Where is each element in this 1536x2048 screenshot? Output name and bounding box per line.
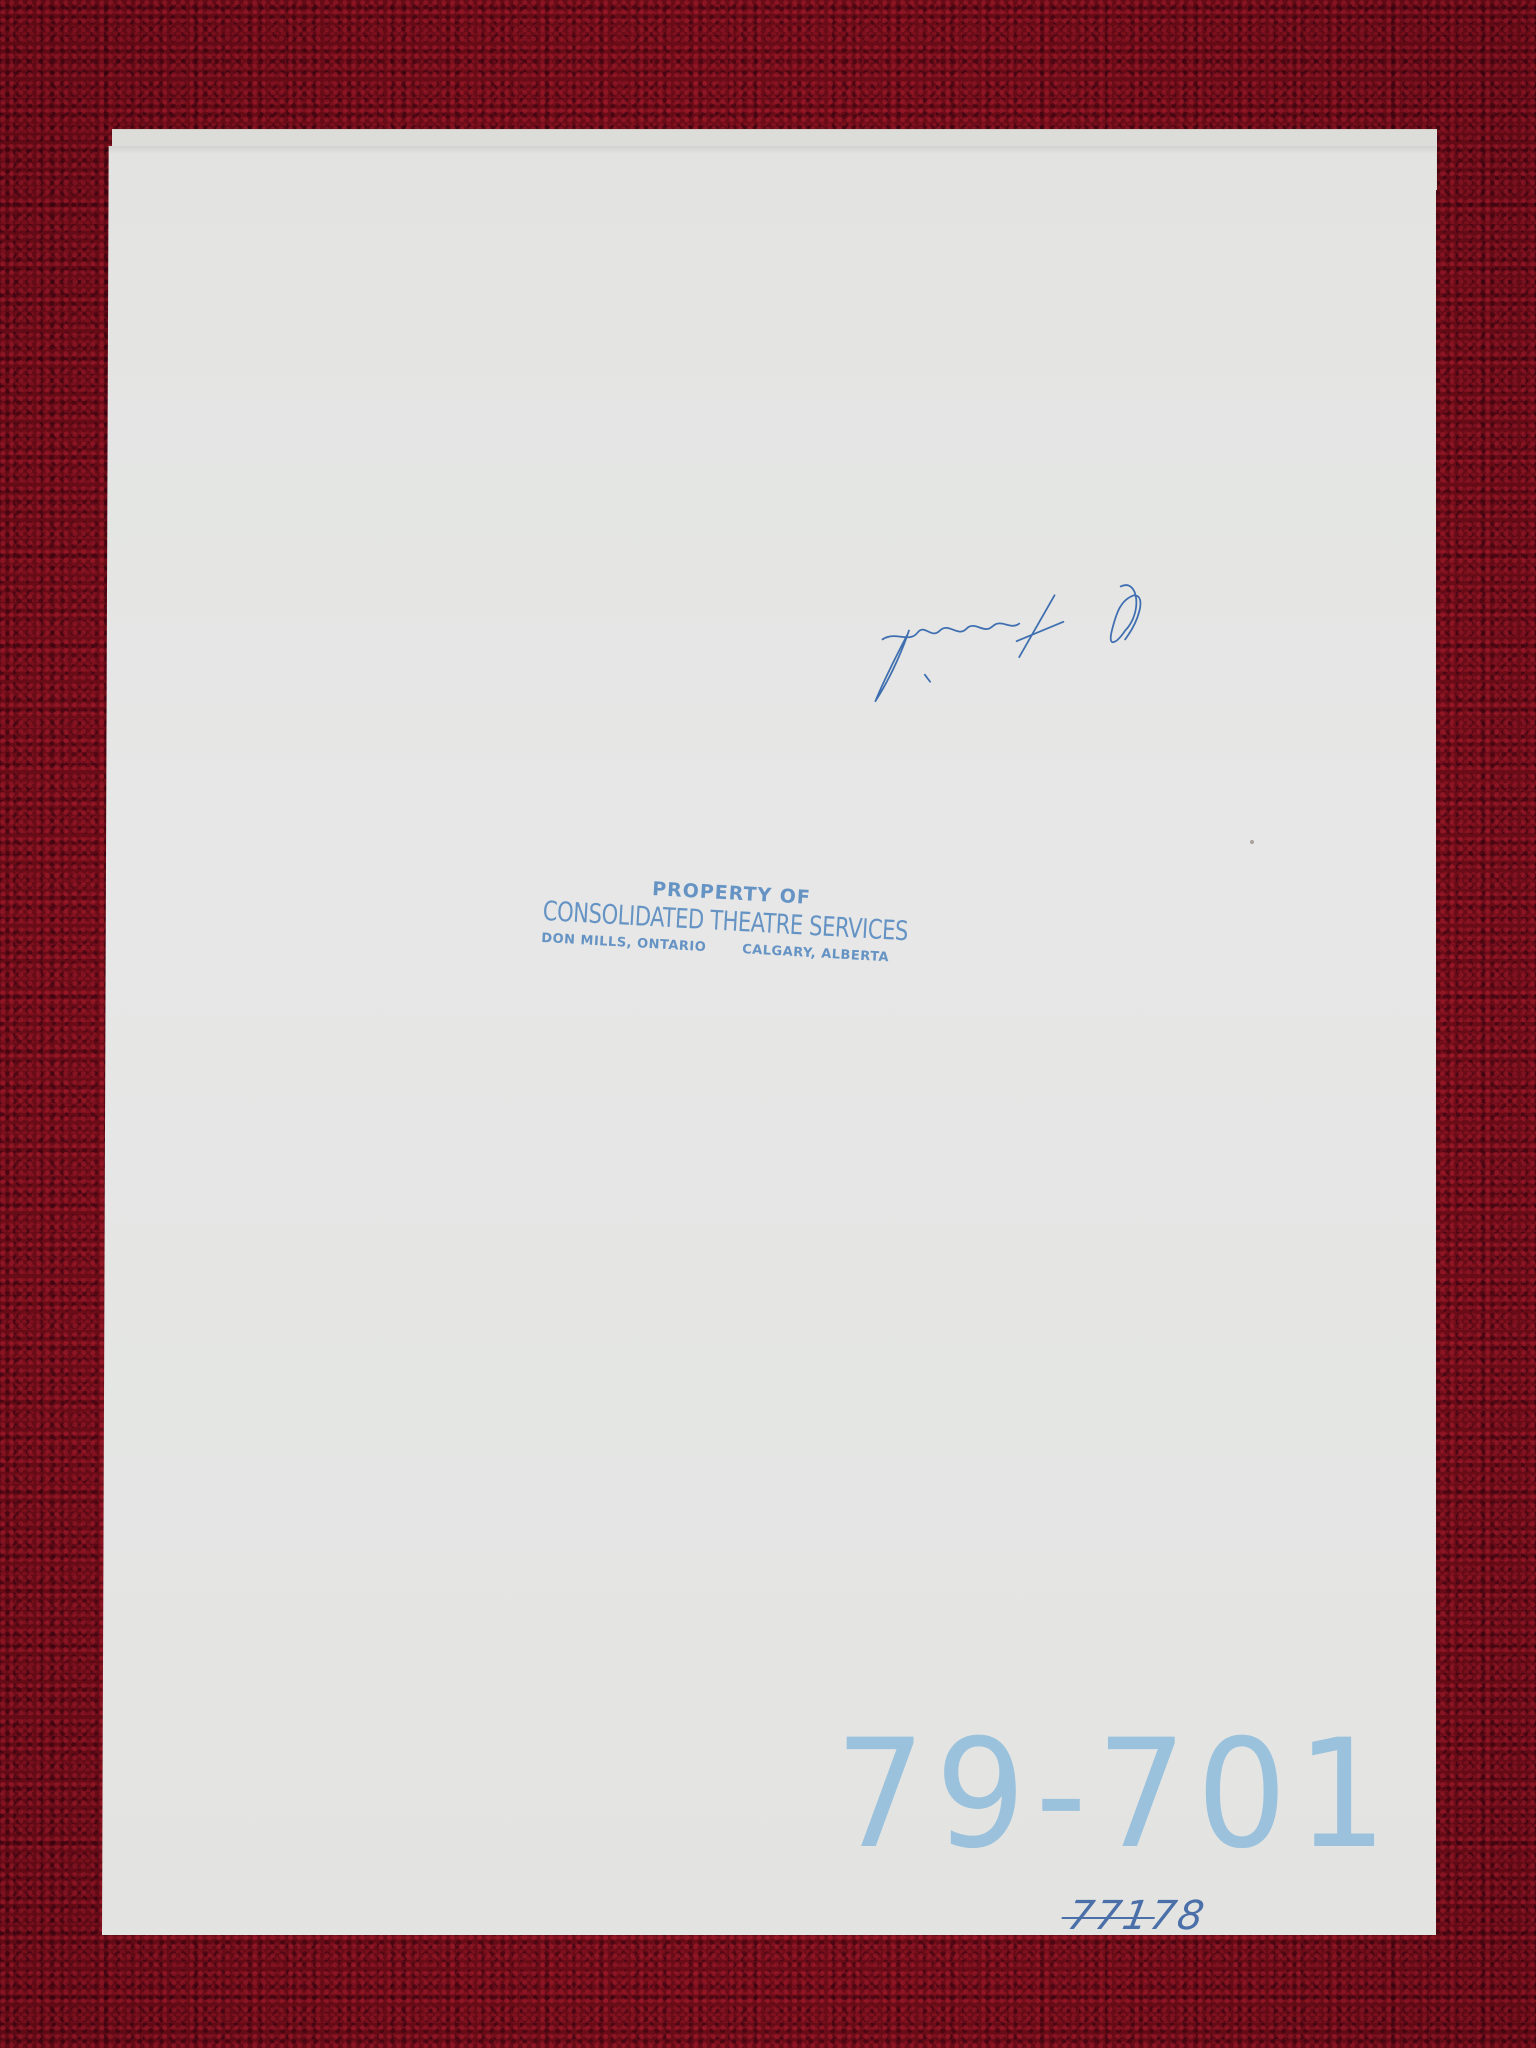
handwritten-number: 77178: [1064, 1893, 1209, 1939]
sheet-crease: [102, 146, 1436, 154]
photo-back-sheet: [102, 146, 1436, 1935]
upside-down-signature: [856, 560, 1156, 710]
handwritten-strike-line: [1061, 1917, 1155, 1919]
stamped-reference-number: 79-701: [835, 1720, 1397, 1870]
paper-speck: [1250, 840, 1254, 844]
